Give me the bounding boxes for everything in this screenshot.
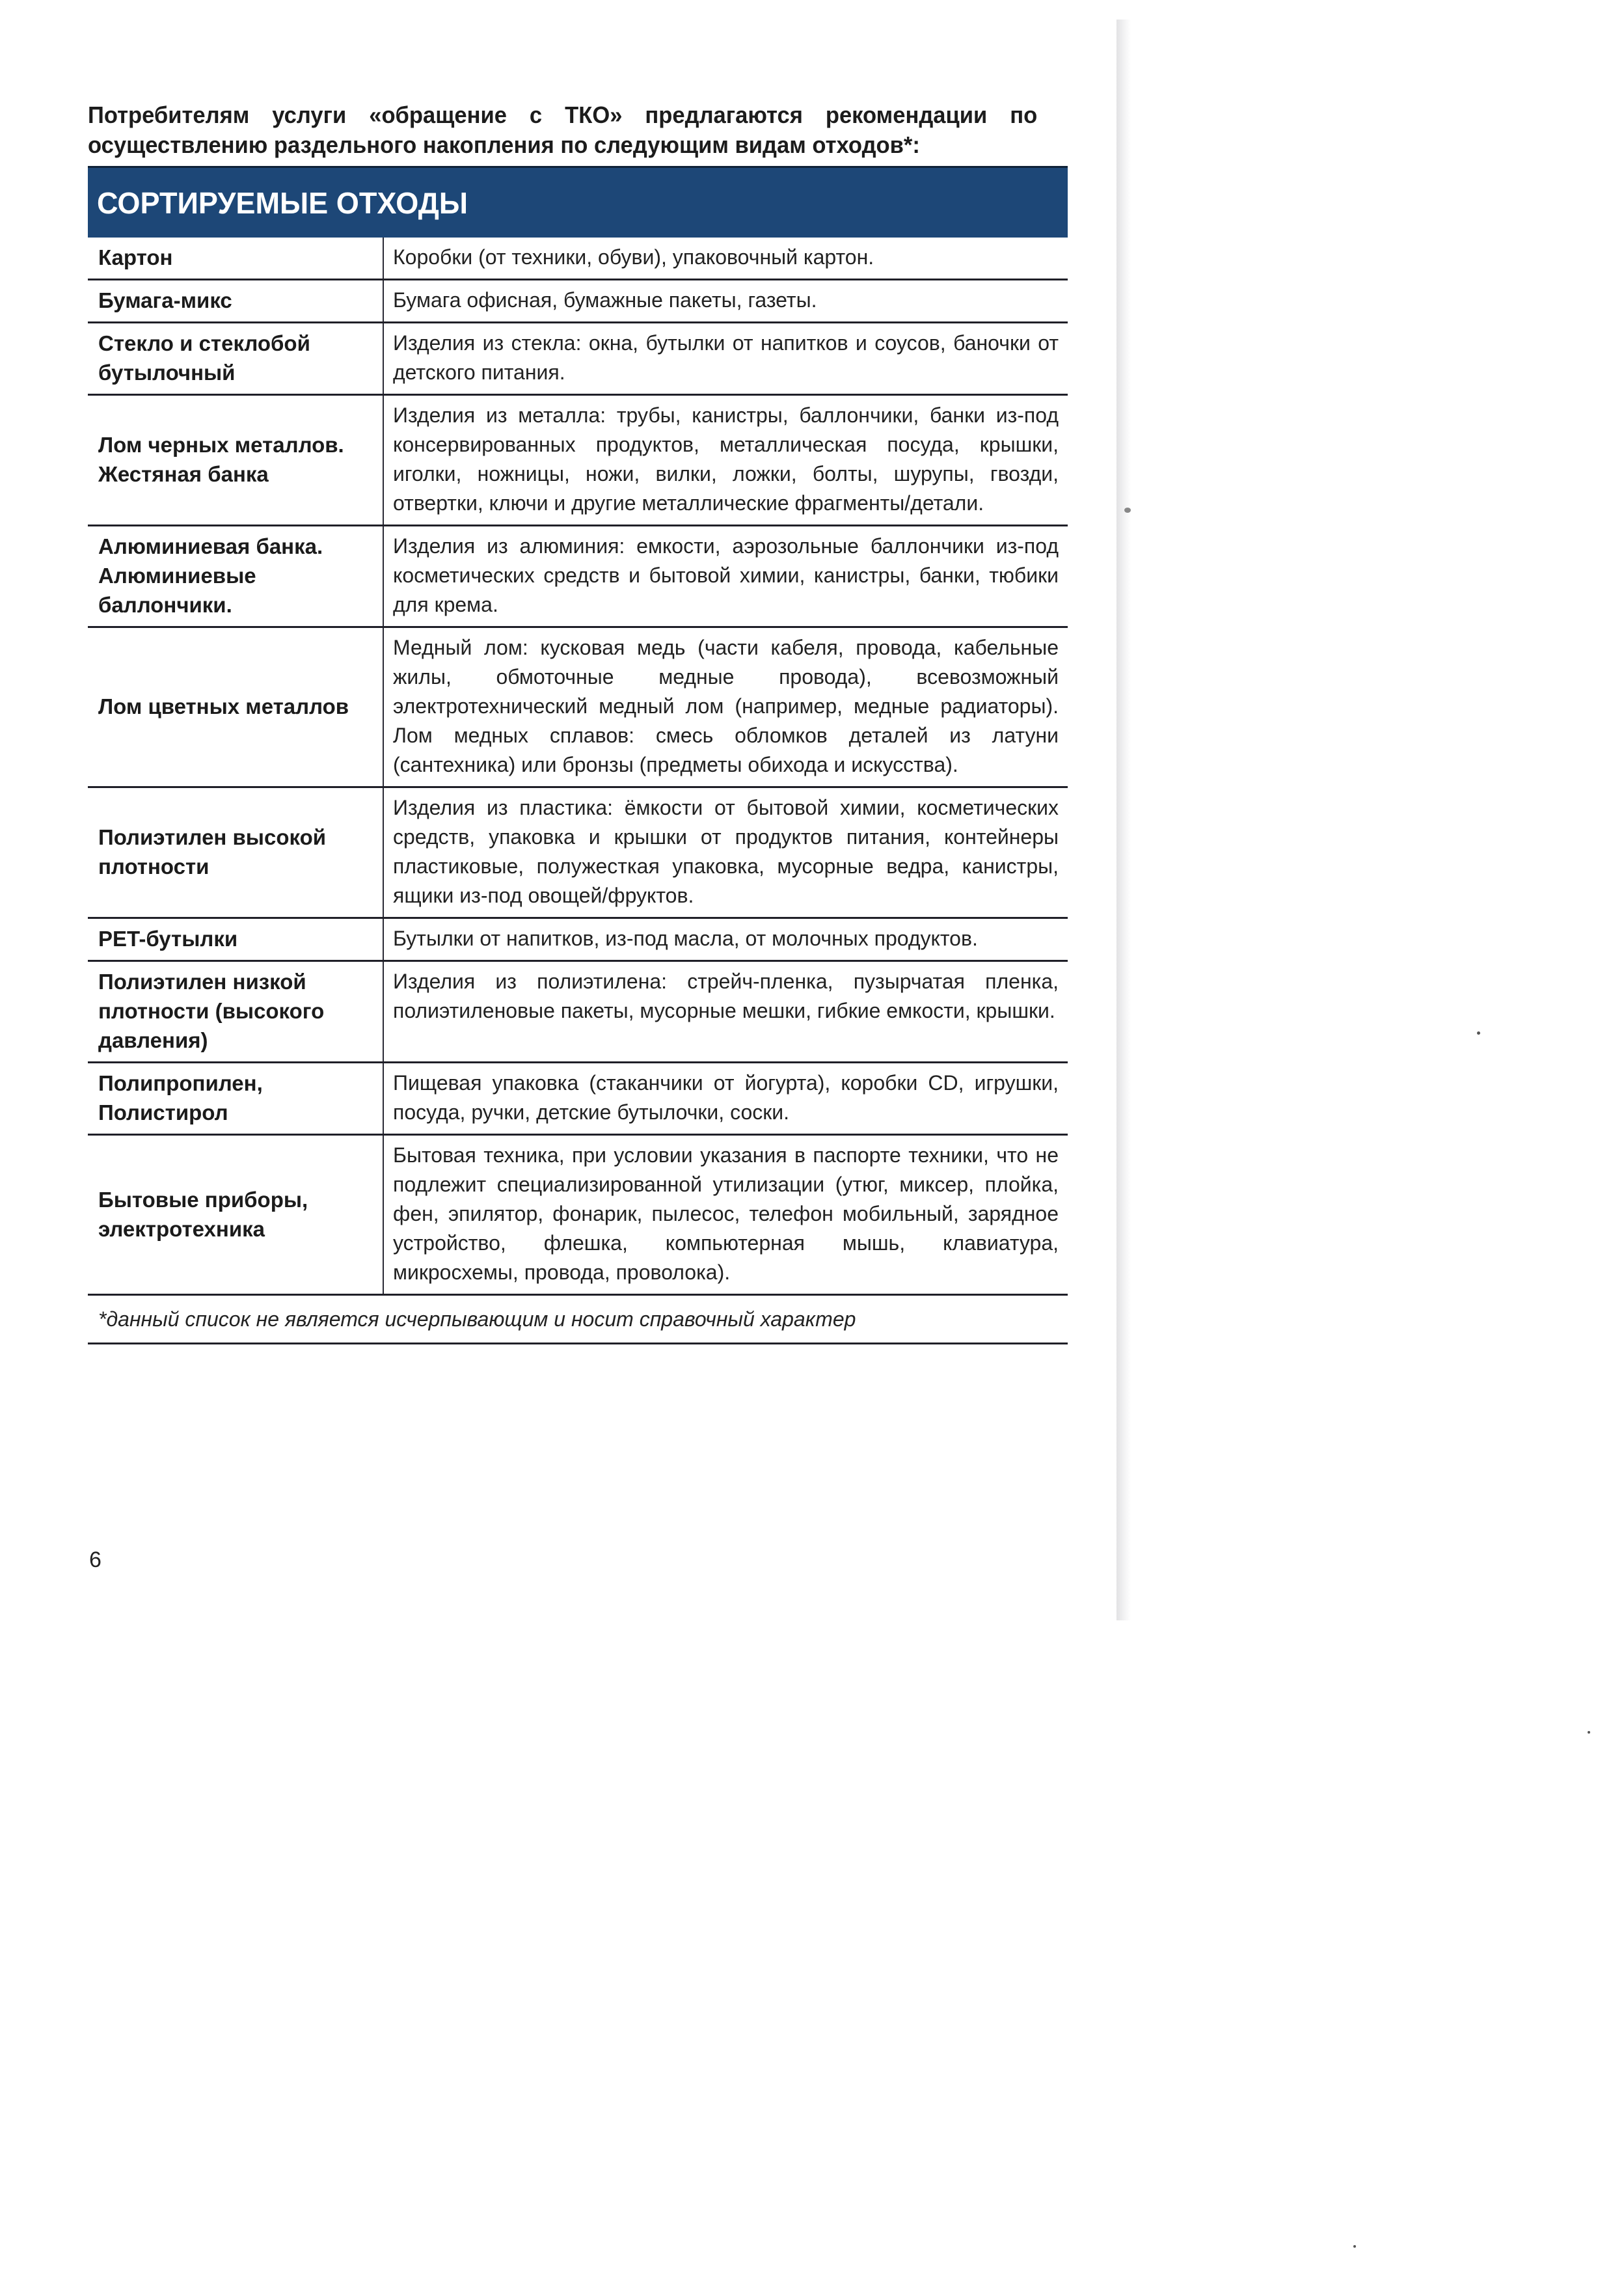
table-footnote: *данный список не является исчерпывающим…: [88, 1296, 1068, 1344]
waste-description: Изделия из стекла: окна, бутылки от напи…: [384, 323, 1068, 394]
waste-description: Бутылки от напитков, из-под масла, от мо…: [384, 919, 1068, 960]
scan-speck: [1588, 1731, 1590, 1734]
table-row: PET-бутылки Бутылки от напитков, из-под …: [88, 919, 1068, 962]
table-row: Полиэтилен низкой плотности (высокого да…: [88, 962, 1068, 1063]
waste-category: Алюминиевая банка. Алюминиевые баллончик…: [88, 526, 384, 626]
waste-category: Полипропилен, Полистирол: [88, 1063, 384, 1134]
page-number: 6: [89, 1547, 101, 1573]
table-row: Стекло и стеклобой бутылочный Изделия из…: [88, 323, 1068, 396]
scan-speck: [1477, 1031, 1480, 1035]
table-row: Полиэтилен высокой плотности Изделия из …: [88, 788, 1068, 919]
waste-category: Бытовые приборы, электротехника: [88, 1136, 384, 1294]
waste-description: Коробки (от техники, обуви), упаковочный…: [384, 238, 1068, 279]
waste-description: Изделия из металла: трубы, канистры, бал…: [384, 396, 1068, 525]
waste-category: Полиэтилен низкой плотности (высокого да…: [88, 962, 384, 1061]
waste-description: Изделия из алюминия: емкости, аэрозольны…: [384, 526, 1068, 626]
table-header-bar: СОРТИРУЕМЫЕ ОТХОДЫ: [88, 166, 1068, 238]
waste-description: Бумага офисная, бумажные пакеты, газеты.: [384, 280, 1068, 321]
waste-category: Полиэтилен высокой плотности: [88, 788, 384, 917]
scan-speck: [1124, 508, 1131, 513]
waste-category: Стекло и стеклобой бутылочный: [88, 323, 384, 394]
table-row: Картон Коробки (от техники, обуви), упак…: [88, 238, 1068, 280]
table-title: СОРТИРУЕМЫЕ ОТХОДЫ: [97, 185, 468, 221]
waste-category: Бумага-микс: [88, 280, 384, 321]
waste-category: PET-бутылки: [88, 919, 384, 960]
table-row: Полипропилен, Полистирол Пищевая упаковк…: [88, 1063, 1068, 1136]
waste-description: Изделия из полиэтилена: стрейч-пленка, п…: [384, 962, 1068, 1061]
scan-page-edge-shadow: [1116, 20, 1131, 1620]
table-row: Бумага-микс Бумага офисная, бумажные пак…: [88, 280, 1068, 323]
table-row: Лом цветных металлов Медный лом: кускова…: [88, 628, 1068, 788]
waste-category: Лом черных металлов. Жестяная банка: [88, 396, 384, 525]
waste-description: Изделия из пластика: ёмкости от бытовой …: [384, 788, 1068, 917]
waste-description: Медный лом: кусковая медь (части кабеля,…: [384, 628, 1068, 786]
table-row: Лом черных металлов. Жестяная банка Изде…: [88, 396, 1068, 526]
intro-paragraph: Потребителям услуги «обращение с ТКО» пр…: [88, 100, 1037, 160]
sorted-waste-table: СОРТИРУЕМЫЕ ОТХОДЫ Картон Коробки (от те…: [88, 166, 1068, 1344]
table-row: Бытовые приборы, электротехника Бытовая …: [88, 1136, 1068, 1296]
table-row: Алюминиевая банка. Алюминиевые баллончик…: [88, 526, 1068, 628]
waste-category: Лом цветных металлов: [88, 628, 384, 786]
scan-speck: [1353, 2245, 1356, 2248]
waste-description: Бытовая техника, при условии указания в …: [384, 1136, 1068, 1294]
waste-category: Картон: [88, 238, 384, 279]
waste-description: Пищевая упаковка (стаканчики от йогурта)…: [384, 1063, 1068, 1134]
